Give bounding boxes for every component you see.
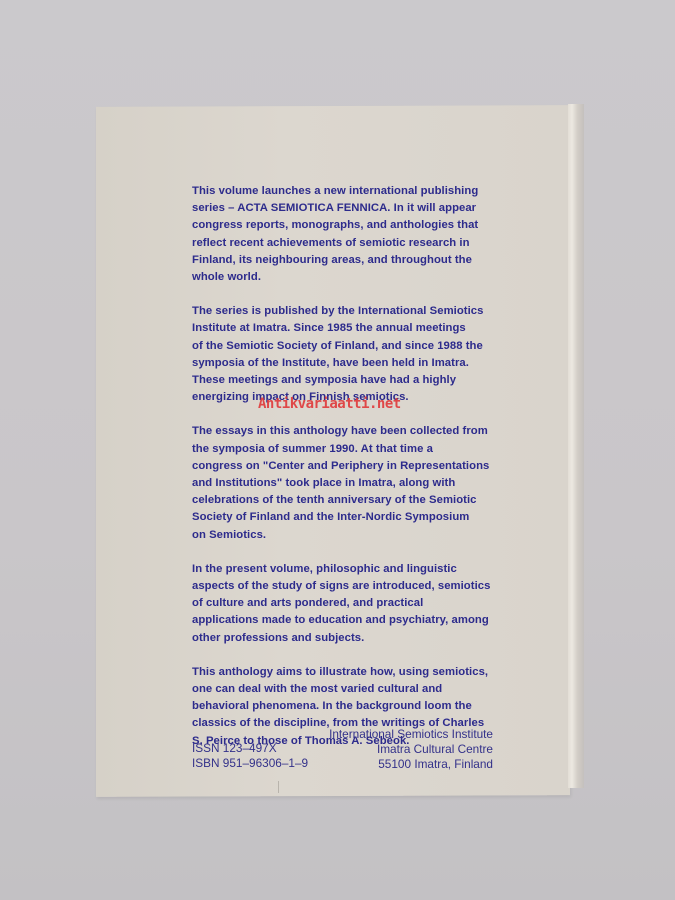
publisher-centre: Imatra Cultural Centre: [300, 742, 493, 757]
issn: ISSN 123–497X: [192, 741, 308, 756]
blurb-paragraph-1: This volume launches a new international…: [192, 183, 522, 286]
blurb-paragraph-3: The essays in this anthology have been c…: [192, 423, 522, 543]
back-cover-blurb: This volume launches a new international…: [192, 183, 522, 767]
isbn: ISBN 951–96306–1–9: [192, 756, 308, 771]
publisher-name: International Semiotics Institute: [300, 727, 493, 742]
cover-scratch-mark: [278, 781, 279, 793]
identifier-codes: ISSN 123–497X ISBN 951–96306–1–9: [192, 741, 308, 771]
watermark: Antikvariaatti.net: [258, 396, 401, 412]
blurb-paragraph-4: In the present volume, philosophic and l…: [192, 561, 522, 647]
publisher-city: 55100 Imatra, Finland: [300, 757, 493, 772]
publisher-address: International Semiotics Institute Imatra…: [300, 727, 493, 772]
blurb-paragraph-2: The series is published by the Internati…: [192, 303, 522, 406]
book-page-edge: [568, 104, 584, 788]
